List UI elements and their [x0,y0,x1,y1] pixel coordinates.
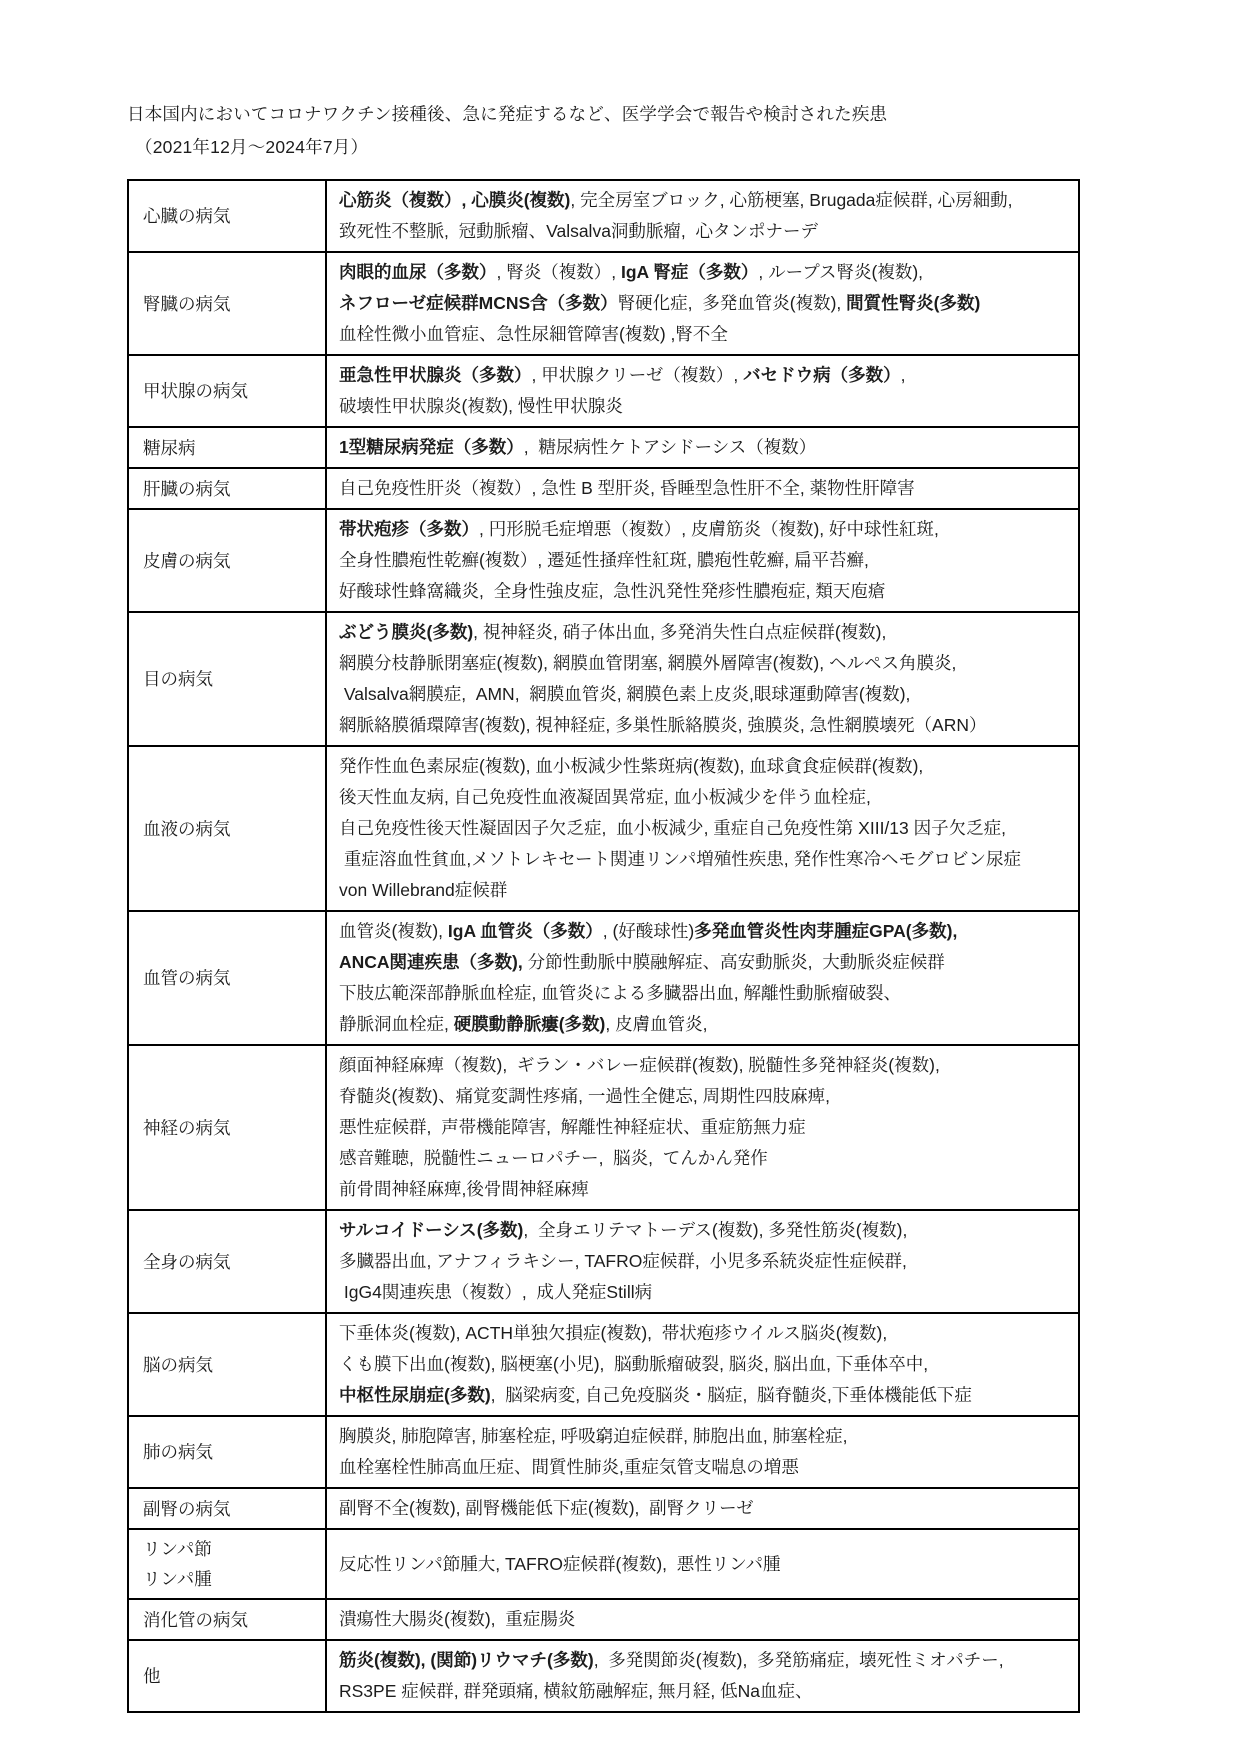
disease-text: , ループス腎炎(複数), [758,262,923,282]
disease-text: 自己免疫性肝炎（複数）, 急性 B 型肝炎, 昏睡型急性肝不全, 薬物性肝障害 [339,478,915,498]
disease-text: 副腎不全(複数), 副腎機能低下症(複数), 副腎クリーゼ [339,1498,754,1518]
disease-text: 感音難聴, 脱髄性ニューロパチー, 脳炎, てんかん発作 [339,1148,768,1168]
diseases-cell: 胸膜炎, 肺胞障害, 肺塞栓症, 呼吸窮迫症候群, 肺胞出血, 肺塞栓症,血栓塞… [326,1416,1079,1488]
diseases-line: 致死性不整脈, 冠動脈瘤、Valsalva洞動脈瘤, 心タンポナーデ [339,216,1070,247]
disease-text-bold: 肉眼的血尿（多数） [339,262,497,282]
category-label: 肺の病気 [143,1437,319,1467]
table-row: 腎臓の病気肉眼的血尿（多数）, 腎炎（複数）, IgA 腎症（多数）, ループス… [128,252,1079,355]
category-cell: 血管の病気 [128,911,326,1045]
table-row: 脳の病気下垂体炎(複数), ACTH単独欠損症(複数), 帯状疱疹ウイルス脳炎(… [128,1313,1079,1416]
diseases-cell: 亜急性甲状腺炎（多数）, 甲状腺クリーゼ（複数）, バセドウ病（多数）,破壊性甲… [326,355,1079,427]
diseases-line: 多臓器出血, アナフィラキシー, TAFRO症候群, 小児多系統炎症性症候群, [339,1246,1070,1277]
category-cell: 他 [128,1640,326,1712]
disease-text: くも膜下出血(複数), 脳梗塞(小児), 脳動脈瘤破裂, 脳炎, 脳出血, 下垂… [339,1354,928,1374]
diseases-cell: 潰瘍性大腸炎(複数), 重症腸炎 [326,1599,1079,1640]
diseases-line: 下肢広範深部静脈血栓症, 血管炎による多臓器出血, 解離性動脈瘤破裂、 [339,978,1070,1009]
diseases-line: 自己免疫性後天性凝固因子欠乏症, 血小板減少, 重症自己免疫性第 XIII/13… [339,813,1070,844]
disease-text: 発作性血色素尿症(複数), 血小板減少性紫斑病(複数), 血球貪食症候群(複数)… [339,756,923,776]
table-row: 副腎の病気副腎不全(複数), 副腎機能低下症(複数), 副腎クリーゼ [128,1488,1079,1529]
disease-text: 顔面神経麻痺（複数), ギラン・バレー症候群(複数), 脱髄性多発神経炎(複数)… [339,1055,940,1075]
category-cell: 肺の病気 [128,1416,326,1488]
disease-text: , 甲状腺クリーゼ（複数）, [532,365,744,385]
diseases-line: 下垂体炎(複数), ACTH単独欠損症(複数), 帯状疱疹ウイルス脳炎(複数), [339,1318,1070,1349]
diseases-line: 静脈洞血栓症, 硬膜動静脈瘻(多数), 皮膚血管炎, [339,1009,1070,1040]
disease-text-bold: ANCA関連疾患（多数), [339,952,523,972]
diseases-line: 血栓性微小血管症、急性尿細管障害(複数) ,腎不全 [339,319,1070,350]
category-cell: 心臓の病気 [128,180,326,252]
document-page: 日本国内においてコロナワクチン接種後、急に発症するなど、医学学会で報告や検討され… [0,0,1240,1754]
diseases-cell: 血管炎(複数), IgA 血管炎（多数）, (好酸球性)多発血管炎性肉芽腫症GP… [326,911,1079,1045]
disease-text: 血管炎(複数), [339,921,448,941]
disease-text: 自己免疫性後天性凝固因子欠乏症, 血小板減少, 重症自己免疫性第 XIII/13… [339,818,1006,838]
disease-table-body: 心臓の病気心筋炎（複数）, 心膜炎(複数), 完全房室ブロック, 心筋梗塞, B… [128,180,1079,1712]
diseases-line: 前骨間神経麻痺,後骨間神経麻痺 [339,1174,1070,1205]
disease-text: 致死性不整脈, 冠動脈瘤、Valsalva洞動脈瘤, 心タンポナーデ [339,221,818,241]
table-row: 目の病気ぶどう膜炎(多数), 視神経炎, 硝子体出血, 多発消失性白点症候群(複… [128,612,1079,746]
category-cell: 神経の病気 [128,1045,326,1210]
diseases-line: 破壊性甲状腺炎(複数), 慢性甲状腺炎 [339,391,1070,422]
disease-text: , 全身エリテマトーデス(複数), 多発性筋炎(複数), [523,1220,907,1240]
diseases-line: Valsalva網膜症, AMN, 網膜血管炎, 網膜色素上皮炎,眼球運動障害(… [339,679,1070,710]
category-cell: 副腎の病気 [128,1488,326,1529]
disease-text: 分節性動脈中膜融解症、高安動脈炎, 大動脈炎症候群 [523,952,945,972]
category-label: 脳の病気 [143,1350,319,1380]
document-title: 日本国内においてコロナワクチン接種後、急に発症するなど、医学学会で報告や検討され… [127,98,1210,164]
disease-text-bold: 心筋炎（複数）, 心膜炎(複数) [339,190,570,210]
disease-text: 多臓器出血, アナフィラキシー, TAFRO症候群, 小児多系統炎症性症候群, [339,1251,907,1271]
category-label: 消化管の病気 [143,1605,319,1635]
diseases-line: RS3PE 症候群, 群発頭痛, 横紋筋融解症, 無月経, 低Na血症、 [339,1676,1070,1707]
disease-text: , 円形脱毛症増悪（複数）, 皮膚筋炎（複数), 好中球性紅斑, [479,519,939,539]
diseases-cell: 自己免疫性肝炎（複数）, 急性 B 型肝炎, 昏睡型急性肝不全, 薬物性肝障害 [326,468,1079,509]
table-row: 全身の病気サルコイドーシス(多数), 全身エリテマトーデス(複数), 多発性筋炎… [128,1210,1079,1313]
diseases-line: 胸膜炎, 肺胞障害, 肺塞栓症, 呼吸窮迫症候群, 肺胞出血, 肺塞栓症, [339,1421,1070,1452]
disease-text: , 多発関節炎(複数), 多発筋痛症, 壊死性ミオパチー, [594,1650,1004,1670]
disease-text-bold: IgA 血管炎（多数） [448,921,603,941]
table-row: 糖尿病1型糖尿病発症（多数）, 糖尿病性ケトアシドーシス（複数） [128,427,1079,468]
diseases-line: 感音難聴, 脱髄性ニューロパチー, 脳炎, てんかん発作 [339,1143,1070,1174]
diseases-cell: 1型糖尿病発症（多数）, 糖尿病性ケトアシドーシス（複数） [326,427,1079,468]
disease-text: 網脈絡膜循環障害(複数), 視神経症, 多巣性脈絡膜炎, 強膜炎, 急性網膜壊死… [339,715,987,735]
category-label: 腎臓の病気 [143,289,319,319]
diseases-line: 亜急性甲状腺炎（多数）, 甲状腺クリーゼ（複数）, バセドウ病（多数）, [339,360,1070,391]
disease-text-bold: サルコイドーシス(多数) [339,1220,523,1240]
disease-text: 血栓性微小血管症、急性尿細管障害(複数) ,腎不全 [339,324,728,344]
category-label: 糖尿病 [143,433,319,463]
disease-text: , [901,365,906,385]
diseases-line: 中枢性尿崩症(多数), 脳梁病変, 自己免疫脳炎・脳症, 脳脊髄炎,下垂体機能低… [339,1380,1070,1411]
diseases-line: 反応性リンパ節腫大, TAFRO症候群(複数), 悪性リンパ腫 [339,1549,1070,1580]
diseases-line: von Willebrand症候群 [339,875,1070,906]
diseases-line: ネフローゼ症候群MCNS含（多数）腎硬化症, 多発血管炎(複数), 間質性腎炎(… [339,288,1070,319]
diseases-cell: 発作性血色素尿症(複数), 血小板減少性紫斑病(複数), 血球貪食症候群(複数)… [326,746,1079,911]
disease-text-bold: 亜急性甲状腺炎（多数） [339,365,532,385]
disease-text-bold: 間質性腎炎(多数) [846,293,980,313]
table-row: 心臓の病気心筋炎（複数）, 心膜炎(複数), 完全房室ブロック, 心筋梗塞, B… [128,180,1079,252]
diseases-line: 重症溶血性貧血,メソトレキセート関連リンパ増殖性疾患, 発作性寒冷ヘモグロビン尿… [339,844,1070,875]
disease-text: 潰瘍性大腸炎(複数), 重症腸炎 [339,1609,575,1629]
disease-text: 全身性膿疱性乾癬(複数）, 遷延性掻痒性紅斑, 膿疱性乾癬, 扁平苔癬, [339,550,869,570]
category-label: 血管の病気 [143,963,319,993]
table-row: 消化管の病気潰瘍性大腸炎(複数), 重症腸炎 [128,1599,1079,1640]
disease-text: 網膜分枝静脈閉塞症(複数), 網膜血管閉塞, 網膜外層障害(複数), ヘルペス角… [339,653,956,673]
diseases-cell: 帯状疱疹（多数）, 円形脱毛症増悪（複数）, 皮膚筋炎（複数), 好中球性紅斑,… [326,509,1079,612]
diseases-line: 筋炎(複数), (関節)リウマチ(多数), 多発関節炎(複数), 多発筋痛症, … [339,1645,1070,1676]
table-row: 皮膚の病気帯状疱疹（多数）, 円形脱毛症増悪（複数）, 皮膚筋炎（複数), 好中… [128,509,1079,612]
diseases-line: 潰瘍性大腸炎(複数), 重症腸炎 [339,1604,1070,1635]
disease-table: 心臓の病気心筋炎（複数）, 心膜炎(複数), 完全房室ブロック, 心筋梗塞, B… [127,179,1080,1713]
disease-text: 好酸球性蜂窩織炎, 全身性強皮症, 急性汎発性発疹性膿疱症, 類天庖瘡 [339,581,885,601]
disease-text: 静脈洞血栓症, [339,1014,454,1034]
disease-text-bold: ネフローゼ症候群MCNS含（多数） [339,293,618,313]
disease-text: , 腎炎（複数）, [497,262,621,282]
diseases-line: 悪性症候群, 声帯機能障害, 解離性神経症状、重症筋無力症 [339,1112,1070,1143]
document-title-line2: （2021年12月～2024年7月） [135,131,1210,164]
diseases-line: 副腎不全(複数), 副腎機能低下症(複数), 副腎クリーゼ [339,1493,1070,1524]
diseases-line: IgG4関連疾患（複数）, 成人発症Still病 [339,1277,1070,1308]
table-row: 他筋炎(複数), (関節)リウマチ(多数), 多発関節炎(複数), 多発筋痛症,… [128,1640,1079,1712]
category-cell: 目の病気 [128,612,326,746]
category-cell: 糖尿病 [128,427,326,468]
disease-text: 前骨間神経麻痺,後骨間神経麻痺 [339,1179,589,1199]
diseases-line: 顔面神経麻痺（複数), ギラン・バレー症候群(複数), 脱髄性多発神経炎(複数)… [339,1050,1070,1081]
disease-text: von Willebrand症候群 [339,880,507,900]
disease-text-bold: 多発血管炎性肉芽腫症GPA(多数), [694,921,957,941]
table-row: 血液の病気発作性血色素尿症(複数), 血小板減少性紫斑病(複数), 血球貪食症候… [128,746,1079,911]
category-label: 全身の病気 [143,1247,319,1277]
category-cell: 皮膚の病気 [128,509,326,612]
diseases-cell: 副腎不全(複数), 副腎機能低下症(複数), 副腎クリーゼ [326,1488,1079,1529]
diseases-line: 発作性血色素尿症(複数), 血小板減少性紫斑病(複数), 血球貪食症候群(複数)… [339,751,1070,782]
disease-text: 血栓塞栓性肺高血圧症、間質性肺炎,重症気管支喘息の増悪 [339,1457,799,1477]
disease-text: 下肢広範深部静脈血栓症, 血管炎による多臓器出血, 解離性動脈瘤破裂、 [339,983,901,1003]
diseases-line: 全身性膿疱性乾癬(複数）, 遷延性掻痒性紅斑, 膿疱性乾癬, 扁平苔癬, [339,545,1070,576]
disease-text-bold: IgA 腎症（多数） [621,262,758,282]
diseases-cell: サルコイドーシス(多数), 全身エリテマトーデス(複数), 多発性筋炎(複数),… [326,1210,1079,1313]
disease-text: IgG4関連疾患（複数）, 成人発症Still病 [339,1282,652,1302]
disease-text: , 視神経炎, 硝子体出血, 多発消失性白点症候群(複数), [473,622,886,642]
category-cell: 血液の病気 [128,746,326,911]
diseases-line: ぶどう膜炎(多数), 視神経炎, 硝子体出血, 多発消失性白点症候群(複数), [339,617,1070,648]
category-label: 副腎の病気 [143,1494,319,1524]
table-row: 血管の病気血管炎(複数), IgA 血管炎（多数）, (好酸球性)多発血管炎性肉… [128,911,1079,1045]
category-label: 目の病気 [143,664,319,694]
diseases-line: 血管炎(複数), IgA 血管炎（多数）, (好酸球性)多発血管炎性肉芽腫症GP… [339,916,1070,947]
diseases-line: 血栓塞栓性肺高血圧症、間質性肺炎,重症気管支喘息の増悪 [339,1452,1070,1483]
diseases-line: ANCA関連疾患（多数), 分節性動脈中膜融解症、高安動脈炎, 大動脈炎症候群 [339,947,1070,978]
disease-text: , 糖尿病性ケトアシドーシス（複数） [524,437,817,457]
disease-text: 重症溶血性貧血,メソトレキセート関連リンパ増殖性疾患, 発作性寒冷ヘモグロビン尿… [339,849,1021,869]
diseases-line: くも膜下出血(複数), 脳梗塞(小児), 脳動脈瘤破裂, 脳炎, 脳出血, 下垂… [339,1349,1070,1380]
diseases-line: 肉眼的血尿（多数）, 腎炎（複数）, IgA 腎症（多数）, ループス腎炎(複数… [339,257,1070,288]
disease-text: RS3PE 症候群, 群発頭痛, 横紋筋融解症, 無月経, 低Na血症、 [339,1681,813,1701]
category-label: 心臓の病気 [143,201,319,231]
document-title-line1: 日本国内においてコロナワクチン接種後、急に発症するなど、医学学会で報告や検討され… [127,98,1210,131]
category-label: 他 [143,1661,319,1691]
category-cell: 脳の病気 [128,1313,326,1416]
diseases-line: 帯状疱疹（多数）, 円形脱毛症増悪（複数）, 皮膚筋炎（複数), 好中球性紅斑, [339,514,1070,545]
diseases-line: 後天性血友病, 自己免疫性血液凝固異常症, 血小板減少を伴う血栓症, [339,782,1070,813]
category-cell: リンパ節リンパ腫 [128,1529,326,1599]
diseases-line: 網膜分枝静脈閉塞症(複数), 網膜血管閉塞, 網膜外層障害(複数), ヘルペス角… [339,648,1070,679]
disease-text-bold: 1型糖尿病発症（多数） [339,437,524,457]
diseases-cell: ぶどう膜炎(多数), 視神経炎, 硝子体出血, 多発消失性白点症候群(複数),網… [326,612,1079,746]
diseases-cell: 筋炎(複数), (関節)リウマチ(多数), 多発関節炎(複数), 多発筋痛症, … [326,1640,1079,1712]
disease-text: Valsalva網膜症, AMN, 網膜血管炎, 網膜色素上皮炎,眼球運動障害(… [339,684,910,704]
category-cell: 消化管の病気 [128,1599,326,1640]
diseases-cell: 反応性リンパ節腫大, TAFRO症候群(複数), 悪性リンパ腫 [326,1529,1079,1599]
category-label: リンパ腫 [143,1564,319,1594]
disease-text-bold: 筋炎(複数), (関節)リウマチ(多数) [339,1650,594,1670]
disease-text: , 脳梁病変, 自己免疫脳炎・脳症, 脳脊髄炎,下垂体機能低下症 [491,1385,972,1405]
disease-text-bold: 中枢性尿崩症(多数) [339,1385,491,1405]
diseases-line: 自己免疫性肝炎（複数）, 急性 B 型肝炎, 昏睡型急性肝不全, 薬物性肝障害 [339,473,1070,504]
category-cell: 全身の病気 [128,1210,326,1313]
diseases-line: 脊髄炎(複数)、痛覚変調性疼痛, 一過性全健忘, 周期性四肢麻痺, [339,1081,1070,1112]
category-label: 神経の病気 [143,1113,319,1143]
diseases-line: 網脈絡膜循環障害(複数), 視神経症, 多巣性脈絡膜炎, 強膜炎, 急性網膜壊死… [339,710,1070,741]
disease-text: , 皮膚血管炎, [605,1014,707,1034]
disease-text-bold: 帯状疱疹（多数） [339,519,479,539]
category-label: 甲状腺の病気 [143,376,319,406]
disease-text-bold: バセドウ病（多数） [743,365,901,385]
diseases-line: 1型糖尿病発症（多数）, 糖尿病性ケトアシドーシス（複数） [339,432,1070,463]
disease-text: 後天性血友病, 自己免疫性血液凝固異常症, 血小板減少を伴う血栓症, [339,787,871,807]
diseases-cell: 心筋炎（複数）, 心膜炎(複数), 完全房室ブロック, 心筋梗塞, Brugad… [326,180,1079,252]
table-row: 肺の病気胸膜炎, 肺胞障害, 肺塞栓症, 呼吸窮迫症候群, 肺胞出血, 肺塞栓症… [128,1416,1079,1488]
disease-text: 脊髄炎(複数)、痛覚変調性疼痛, 一過性全健忘, 周期性四肢麻痺, [339,1086,830,1106]
category-label: 血液の病気 [143,814,319,844]
category-label: 肝臓の病気 [143,474,319,504]
category-label: リンパ節 [143,1534,319,1564]
diseases-cell: 肉眼的血尿（多数）, 腎炎（複数）, IgA 腎症（多数）, ループス腎炎(複数… [326,252,1079,355]
category-cell: 腎臓の病気 [128,252,326,355]
disease-text-bold: 硬膜動静脈瘻(多数) [454,1014,606,1034]
disease-text: 破壊性甲状腺炎(複数), 慢性甲状腺炎 [339,396,623,416]
table-row: 神経の病気顔面神経麻痺（複数), ギラン・バレー症候群(複数), 脱髄性多発神経… [128,1045,1079,1210]
diseases-line: サルコイドーシス(多数), 全身エリテマトーデス(複数), 多発性筋炎(複数), [339,1215,1070,1246]
disease-text: , 完全房室ブロック, 心筋梗塞, Brugada症候群, 心房細動, [570,190,1012,210]
disease-text: , (好酸球性) [603,921,694,941]
disease-text-bold: ぶどう膜炎(多数) [339,622,473,642]
category-cell: 肝臓の病気 [128,468,326,509]
table-row: リンパ節リンパ腫反応性リンパ節腫大, TAFRO症候群(複数), 悪性リンパ腫 [128,1529,1079,1599]
disease-text: 下垂体炎(複数), ACTH単独欠損症(複数), 帯状疱疹ウイルス脳炎(複数), [339,1323,887,1343]
category-label: 皮膚の病気 [143,546,319,576]
diseases-cell: 下垂体炎(複数), ACTH単独欠損症(複数), 帯状疱疹ウイルス脳炎(複数),… [326,1313,1079,1416]
table-row: 甲状腺の病気亜急性甲状腺炎（多数）, 甲状腺クリーゼ（複数）, バセドウ病（多数… [128,355,1079,427]
disease-text: 反応性リンパ節腫大, TAFRO症候群(複数), 悪性リンパ腫 [339,1554,781,1574]
table-row: 肝臓の病気自己免疫性肝炎（複数）, 急性 B 型肝炎, 昏睡型急性肝不全, 薬物… [128,468,1079,509]
diseases-cell: 顔面神経麻痺（複数), ギラン・バレー症候群(複数), 脱髄性多発神経炎(複数)… [326,1045,1079,1210]
diseases-line: 好酸球性蜂窩織炎, 全身性強皮症, 急性汎発性発疹性膿疱症, 類天庖瘡 [339,576,1070,607]
disease-text: 悪性症候群, 声帯機能障害, 解離性神経症状、重症筋無力症 [339,1117,806,1137]
disease-text: 腎硬化症, 多発血管炎(複数), [618,293,846,313]
diseases-line: 心筋炎（複数）, 心膜炎(複数), 完全房室ブロック, 心筋梗塞, Brugad… [339,185,1070,216]
category-cell: 甲状腺の病気 [128,355,326,427]
disease-text: 胸膜炎, 肺胞障害, 肺塞栓症, 呼吸窮迫症候群, 肺胞出血, 肺塞栓症, [339,1426,847,1446]
